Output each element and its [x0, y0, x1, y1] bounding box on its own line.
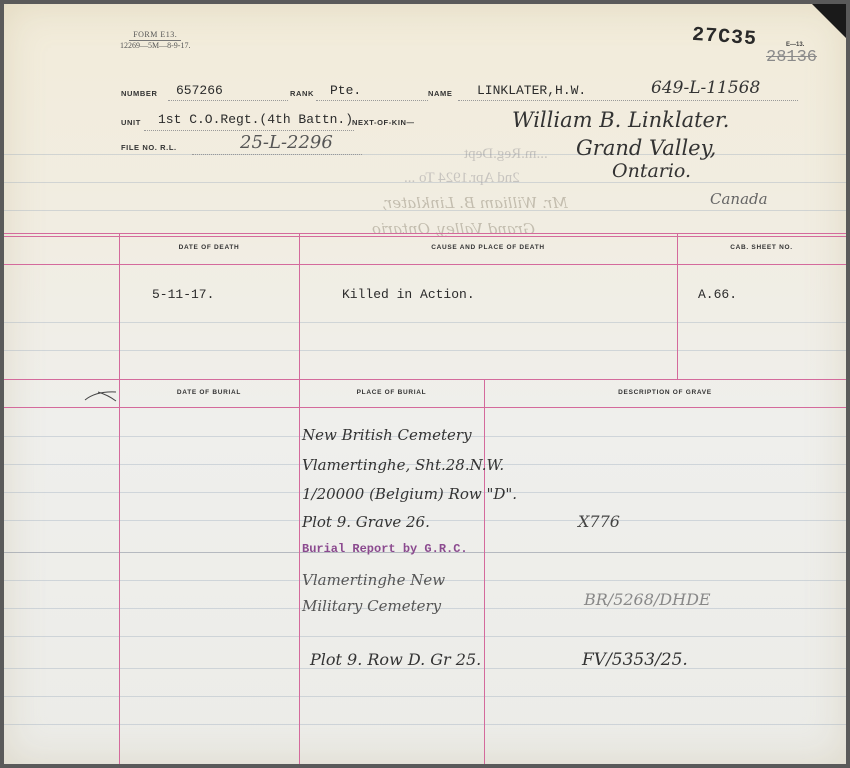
next-of-kin-address-town: Grand Valley, [576, 136, 716, 160]
form-code: FORM E13. 12269—5M—8-9-17. [120, 30, 190, 51]
burial-final-entry: Plot 9. Row D. Gr 25. [310, 650, 481, 669]
description-of-grave-header: Description of Grave [484, 389, 846, 396]
file-stamp-number: 27C35 [691, 24, 757, 51]
date-of-death: 5-11-17. [152, 287, 214, 302]
burial-place-line-4: Plot 9. Grave 26. [302, 513, 430, 531]
next-of-kin-address-province: Ontario. [612, 160, 691, 182]
place-of-burial-header: Place of Burial [299, 389, 484, 396]
crossed-stamp-number: 28136 [766, 48, 817, 67]
rank-label: Rank [290, 89, 314, 98]
corner-code: E—13. [786, 42, 804, 48]
cause-of-death: Killed in Action. [342, 287, 475, 302]
service-number: 657266 [176, 83, 223, 98]
cause-place-header: Cause and Place of Death [299, 244, 677, 251]
grave-description-3: FV/5353/25. [582, 650, 688, 670]
next-of-kin-name: William B. Linklater. [512, 108, 729, 132]
date-of-death-header: Date of Death [119, 244, 299, 251]
file-no-label: File No. R.L. [121, 143, 177, 152]
grave-description-2: BR/5268/DHDE [584, 590, 711, 609]
next-of-kin-label: Next-of-Kin— [352, 118, 415, 127]
burial-place-line-6: Military Cemetery [302, 597, 441, 615]
burial-place-line-2: Vlamertinghe, Sht.28.N.W. [302, 456, 504, 474]
unit-value: 1st C.O.Regt.(4th Battn.) [158, 112, 353, 127]
tick-mark-icon [84, 388, 118, 402]
rank-value: Pte. [330, 83, 361, 98]
folded-corner [812, 4, 846, 38]
casualty-record-card: FORM E13. 12269—5M—8-9-17. 27C35 28136 E… [4, 4, 846, 764]
burial-place-line-3: 1/20000 (Belgium) Row "D". [302, 485, 517, 503]
form-number: FORM E13. [129, 30, 181, 41]
date-of-burial-header: Date of Burial [119, 389, 299, 396]
burial-place-line-1: New British Cemetery [302, 426, 472, 444]
next-of-kin-country: Canada [710, 190, 768, 208]
faint-stamp-line-2: 2nd Apr.1924 To ... [404, 170, 520, 187]
number-label: Number [121, 89, 158, 98]
name-reference: 649-L-11568 [651, 78, 760, 98]
file-no-value: 25-L-2296 [240, 132, 333, 153]
unit-label: Unit [121, 118, 141, 127]
name-label: Name [428, 89, 452, 98]
soldier-name: LINKLATER,H.W. [477, 83, 586, 98]
burial-report-stamp: Burial Report by G.R.C. [302, 542, 468, 556]
grave-description-1: X776 [578, 512, 620, 531]
faint-stamp-line-1: ...m.Reg.Dept [464, 146, 548, 163]
print-code: 12269—5M—8-9-17. [120, 41, 190, 50]
cab-sheet-number: A.66. [698, 287, 737, 302]
faint-stamp-line-3: Mr. William B. Linklater, [382, 194, 568, 212]
burial-place-line-5: Vlamertinghe New [302, 571, 445, 589]
cab-sheet-header: Cab. Sheet No. [677, 244, 846, 251]
